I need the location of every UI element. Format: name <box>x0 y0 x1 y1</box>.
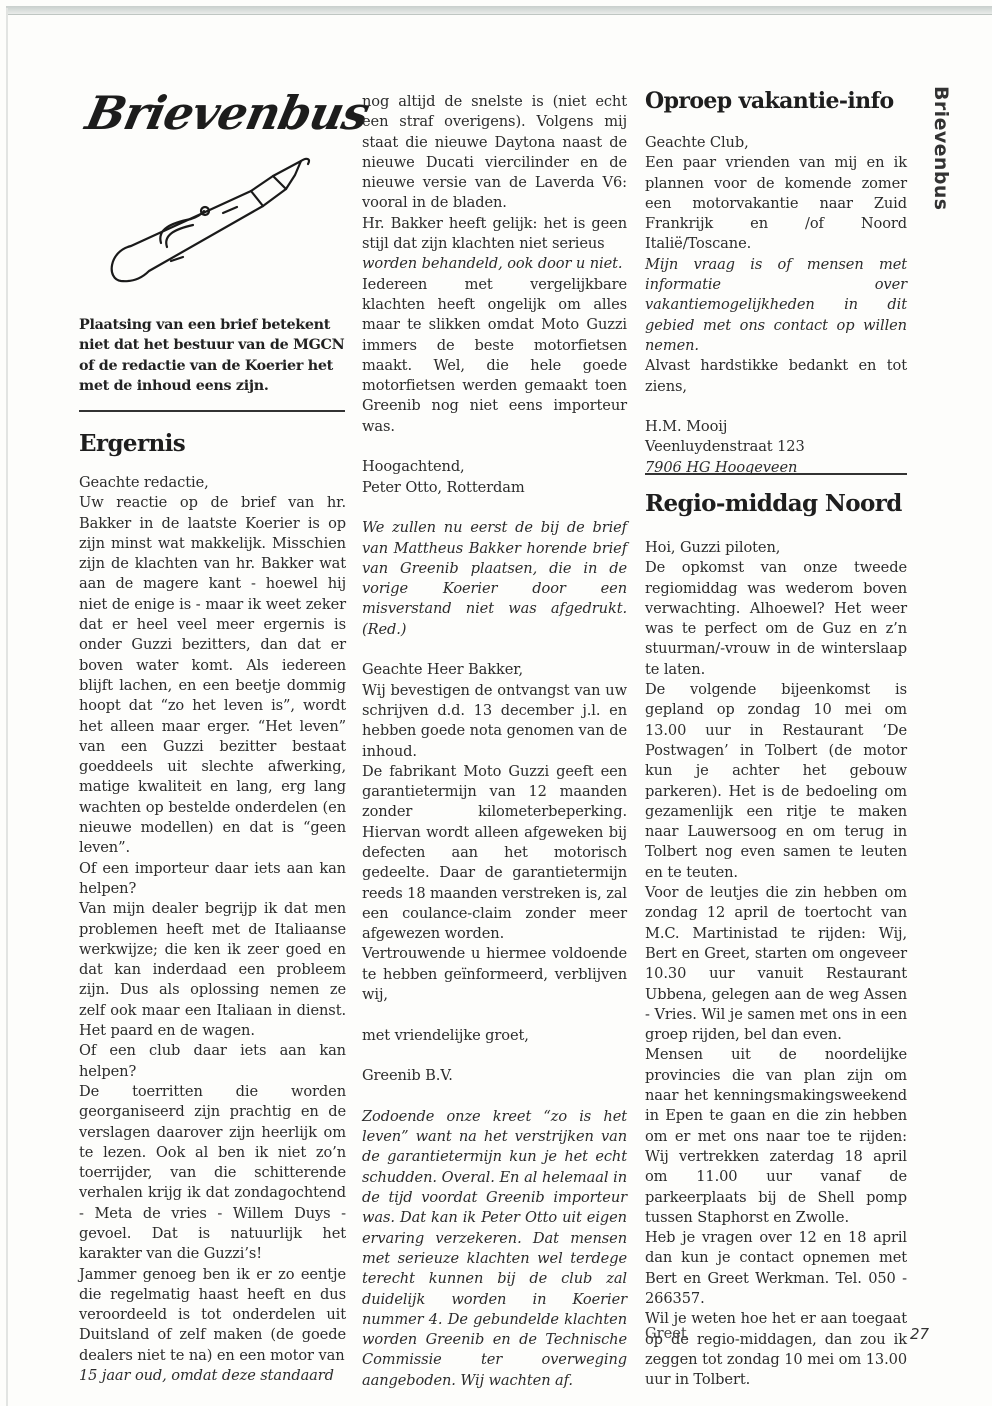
article-title-regio: Regio-middag Noord <box>645 490 902 517</box>
editor-note: We zullen nu eerst de bij de brief van M… <box>362 518 627 640</box>
paragraph: Wil je weten hoe het er aan toegaat op d… <box>645 1309 907 1390</box>
letter-closing: Hoogachtend, <box>362 457 627 477</box>
paragraph: De fabrikant Moto Guzzi geeft een garant… <box>362 762 627 945</box>
fountain-pen-icon <box>101 131 321 291</box>
letter-salutation: Geachte Club, <box>645 133 907 153</box>
column-3: Geachte Club, Een paar vrienden van mij … <box>645 133 907 478</box>
column-3-regio: Hoi, Guzzi piloten, De opkomst van onze … <box>645 538 907 1390</box>
paragraph: worden behandeld, ook door u niet. <box>362 254 627 274</box>
sender-street: Veenluydenstraat 123 <box>645 437 907 457</box>
paragraph: Of een importeur daar iets aan kan helpe… <box>79 859 346 900</box>
sender-city: 7906 HG Hoogeveen <box>645 458 907 478</box>
paragraph: Een paar vrienden van mij en ik plannen … <box>645 153 907 254</box>
column-1: Geachte redactie, Uw reactie op de brief… <box>79 473 346 1386</box>
paragraph: De volgende bijeenkomst is gepland op zo… <box>645 680 907 883</box>
divider <box>645 473 907 475</box>
paragraph: Iedereen met vergelijkbare klachten heef… <box>362 275 627 437</box>
paragraph: Mensen uit de noordelijke provincies die… <box>645 1045 907 1228</box>
letter-salutation: Geachte Heer Bakker, <box>362 660 627 680</box>
paragraph: Vertrouwende u hiermee voldoende te hebb… <box>362 944 627 1005</box>
letter-salutation: Geachte redactie, <box>79 473 346 493</box>
paragraph: Alvast hardstikke bedankt en tot ziens, <box>645 356 907 397</box>
article-signature: Greet <box>645 1325 687 1342</box>
scan-top-edge <box>6 6 992 15</box>
paragraph: Van mijn dealer begrijp ik dat men probl… <box>79 899 346 1041</box>
divider <box>79 410 345 412</box>
letter-closing: met vriendelijke groet, <box>362 1026 627 1046</box>
paragraph: Of een club daar iets aan kan helpen? <box>79 1041 346 1082</box>
article-title-oproep: Oproep vakantie-info <box>645 88 894 114</box>
paragraph: Uw reactie op de brief van hr. Bakker in… <box>79 493 346 858</box>
paragraph: Heb je vragen over 12 en 18 april dan ku… <box>645 1228 907 1309</box>
brievenbus-logo: Brievenbus <box>79 86 341 286</box>
column-2: nog altijd de snelste is (niet echt een … <box>362 92 627 1391</box>
letter-signature: Greenib B.V. <box>362 1066 627 1086</box>
paragraph: nog altijd de snelste is (niet echt een … <box>362 92 627 214</box>
paragraph: Hr. Bakker heeft gelijk: het is geen sti… <box>362 214 627 255</box>
paragraph: 15 jaar oud, omdat deze standaard <box>79 1366 346 1386</box>
paragraph: De toerritten die worden georganiseerd z… <box>79 1082 346 1265</box>
paragraph: De opkomst van onze tweede regiomiddag w… <box>645 558 907 680</box>
paragraph: Voor de leutjes die zin hebben om zondag… <box>645 883 907 1045</box>
editor-reply: Zodoende onze kreet “zo is het leven” wa… <box>362 1107 627 1391</box>
section-tab: Brievenbus <box>922 86 952 226</box>
paragraph: Mijn vraag is of mensen met informatie o… <box>645 255 907 356</box>
article-title-ergernis: Ergernis <box>79 430 185 457</box>
letter-salutation: Hoi, Guzzi piloten, <box>645 538 907 558</box>
editorial-disclaimer: Plaatsing van een brief betekent niet da… <box>79 315 345 396</box>
scan-left-edge <box>6 8 8 1406</box>
page-number: 27 <box>910 1325 929 1343</box>
paragraph: Jammer genoeg ben ik er zo eentje die re… <box>79 1265 346 1366</box>
sender-name: H.M. Mooij <box>645 417 907 437</box>
letter-signature: Peter Otto, Rotterdam <box>362 478 627 498</box>
paragraph: Wij bevestigen de ontvangst van uw schri… <box>362 681 627 762</box>
